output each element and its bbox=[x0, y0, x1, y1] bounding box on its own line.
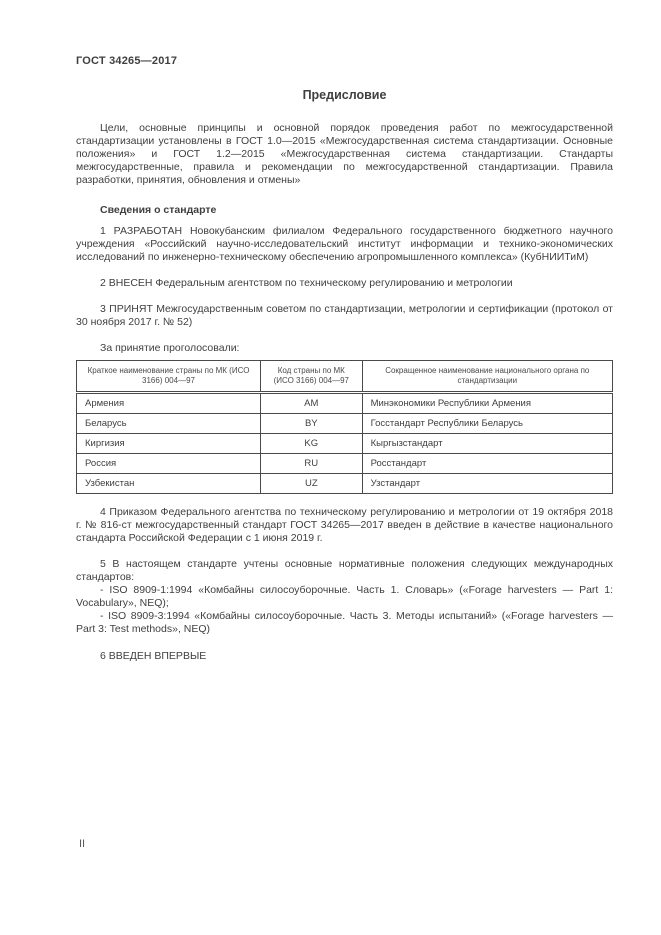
iso-reference-item: - ISO 8909-1:1994 «Комбайны силосоубороч… bbox=[76, 584, 613, 610]
org-name-cell: Госстандарт Республики Беларусь bbox=[362, 414, 612, 434]
country-code-cell: AM bbox=[261, 393, 363, 414]
country-name-cell: Киргизия bbox=[77, 434, 261, 454]
document-page: ГОСТ 34265—2017 Предисловие Цели, основн… bbox=[76, 55, 613, 676]
country-name-cell: Узбекистан bbox=[77, 474, 261, 494]
country-name-cell: Армения bbox=[77, 393, 261, 414]
page-title: Предисловие bbox=[76, 88, 613, 102]
country-code-cell: KG bbox=[261, 434, 363, 454]
header-country-name: Краткое наименование страны по МК (ИСО 3… bbox=[77, 361, 261, 393]
table-row: Киргизия KG Кыргызстандарт bbox=[77, 434, 613, 454]
table-row: Россия RU Росстандарт bbox=[77, 454, 613, 474]
paragraph-item-6: 6 ВВЕДЕН ВПЕРВЫЕ bbox=[76, 650, 613, 663]
table-row: Беларусь BY Госстандарт Республики Белар… bbox=[77, 414, 613, 434]
table-row: Армения AM Минэкономики Республики Армен… bbox=[77, 393, 613, 414]
document-code: ГОСТ 34265—2017 bbox=[76, 55, 613, 67]
org-name-cell: Минэкономики Республики Армения bbox=[362, 393, 612, 414]
country-name-cell: Россия bbox=[77, 454, 261, 474]
org-name-cell: Кыргызстандарт bbox=[362, 434, 612, 454]
country-code-cell: RU bbox=[261, 454, 363, 474]
header-org-name: Сокращенное наименование национального о… bbox=[362, 361, 612, 393]
page-number: II bbox=[79, 838, 85, 850]
paragraph-item-2: 2 ВНЕСЕН Федеральным агентством по техни… bbox=[76, 277, 613, 290]
standard-info-heading: Сведения о стандарте bbox=[76, 204, 613, 216]
vote-intro-line: За принятие проголосовали: bbox=[76, 342, 613, 355]
country-name-cell: Беларусь bbox=[77, 414, 261, 434]
vote-table-header-row: Краткое наименование страны по МК (ИСО 3… bbox=[77, 361, 613, 393]
country-code-cell: UZ bbox=[261, 474, 363, 494]
org-name-cell: Росстандарт bbox=[362, 454, 612, 474]
paragraph-item-4: 4 Приказом Федерального агентства по тех… bbox=[76, 506, 613, 545]
intro-paragraph: Цели, основные принципы и основной поряд… bbox=[76, 122, 613, 187]
header-country-code: Код страны по МК (ИСО 3166) 004—97 bbox=[261, 361, 363, 393]
country-code-cell: BY bbox=[261, 414, 363, 434]
vote-table: Краткое наименование страны по МК (ИСО 3… bbox=[76, 360, 613, 494]
paragraph-item-3: 3 ПРИНЯТ Межгосударственным советом по с… bbox=[76, 303, 613, 329]
org-name-cell: Узстандарт bbox=[362, 474, 612, 494]
iso-reference-item: - ISO 8909-3:1994 «Комбайны силосоубороч… bbox=[76, 610, 613, 636]
paragraph-item-5: 5 В настоящем стандарте учтены основные … bbox=[76, 558, 613, 584]
paragraph-item-1: 1 РАЗРАБОТАН Новокубанским филиалом Феде… bbox=[76, 225, 613, 264]
table-row: Узбекистан UZ Узстандарт bbox=[77, 474, 613, 494]
